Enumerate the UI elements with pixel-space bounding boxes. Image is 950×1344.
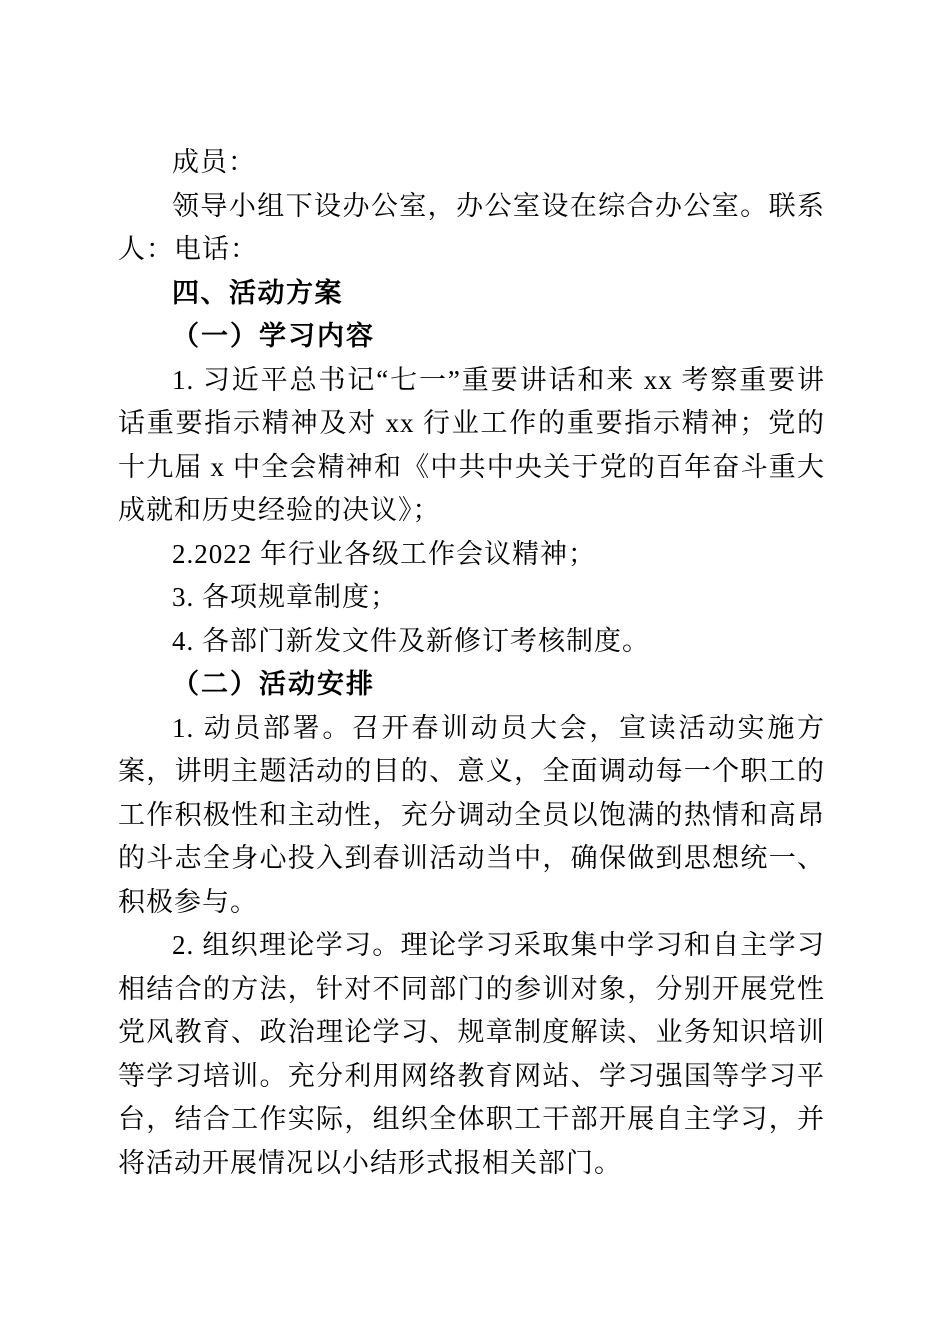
heading-learning-content: （一）学习内容 <box>118 315 825 359</box>
paragraph-arrangement-item-1: 1. 动员部署。召开春训动员大会，宣读活动实施方案，讲明主题活动的目的、意义，全… <box>118 707 825 925</box>
paragraph-office-contact: 领导小组下设办公室，办公室设在综合办公室。联系人：电话： <box>118 185 825 272</box>
paragraph-learning-item-2: 2.2022 年行业各级工作会议精神； <box>118 533 825 577</box>
paragraph-learning-item-1: 1. 习近平总书记“七一”重要讲话和来 xx 考察重要讲话重要指示精神及对 xx… <box>118 359 825 533</box>
paragraph-members: 成员： <box>118 141 825 185</box>
document-page: 成员： 领导小组下设办公室，办公室设在综合办公室。联系人：电话： 四、活动方案 … <box>0 0 950 1344</box>
paragraph-arrangement-item-2: 2. 组织理论学习。理论学习采取集中学习和自主学习相结合的方法，针对不同部门的参… <box>118 924 825 1185</box>
paragraph-learning-item-4: 4. 各部门新发文件及新修订考核制度。 <box>118 620 825 664</box>
heading-activity-arrangement: （二）活动安排 <box>118 663 825 707</box>
heading-section-four: 四、活动方案 <box>118 272 825 316</box>
paragraph-learning-item-3: 3. 各项规章制度； <box>118 576 825 620</box>
